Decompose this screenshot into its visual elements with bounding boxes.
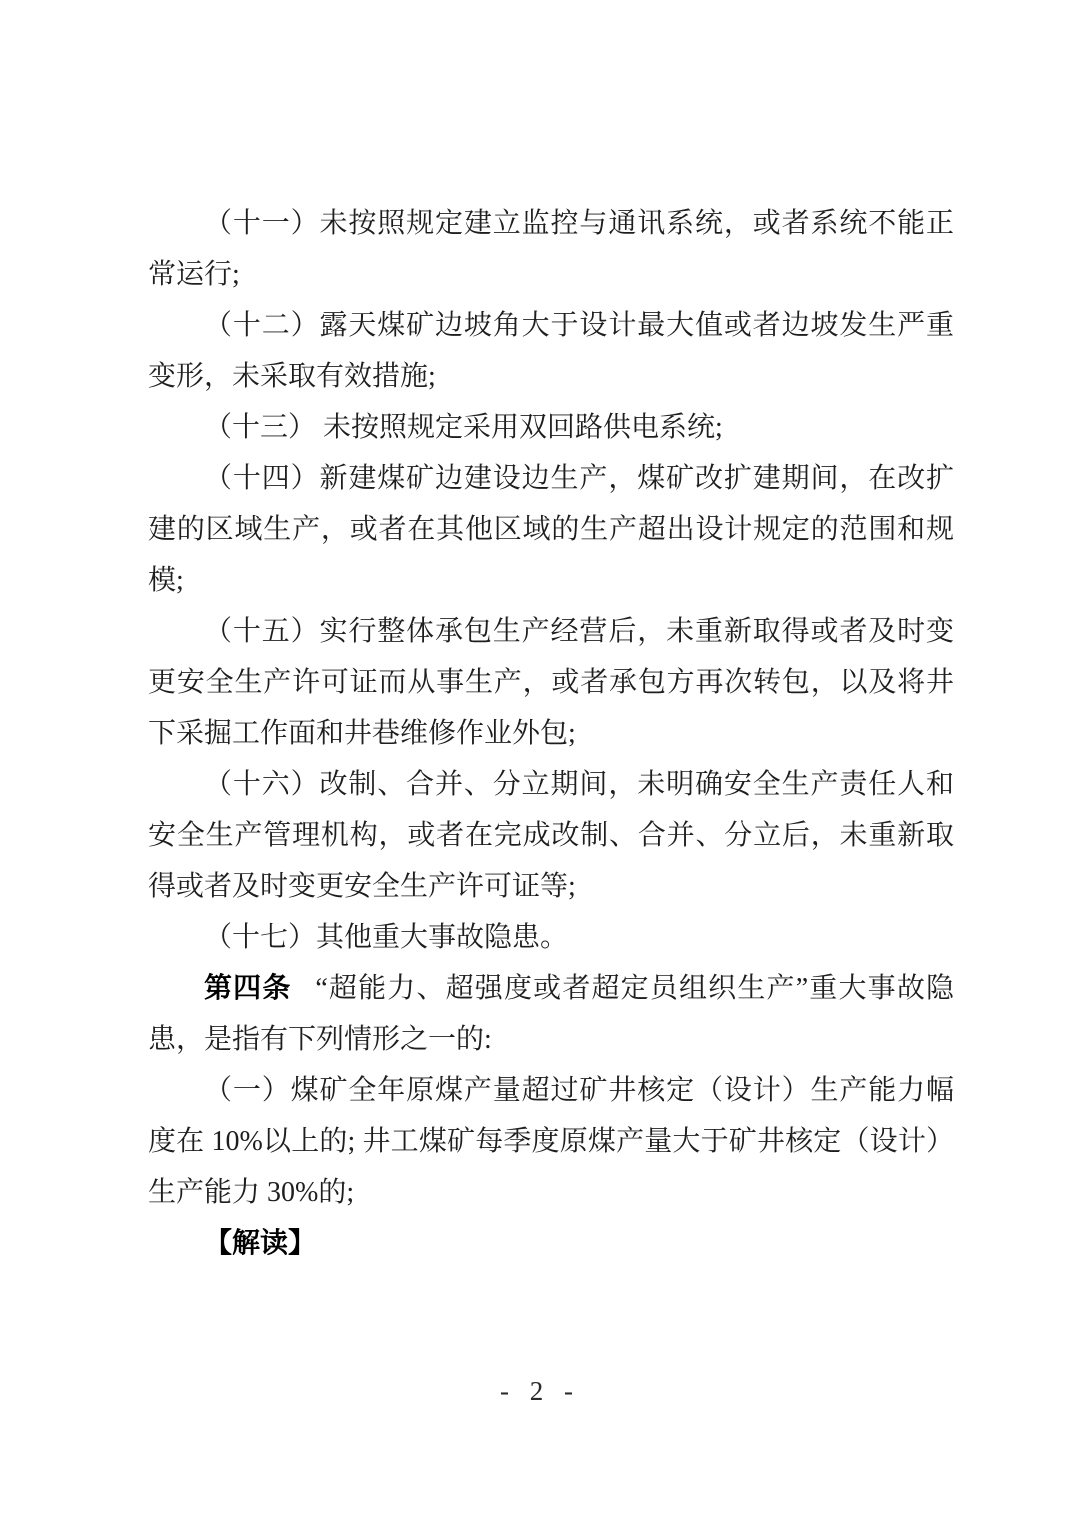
- document-body: （十一）未按照规定建立监控与通讯系统，或者系统不能正常运行;（十二）露天煤矿边坡…: [148, 198, 954, 1269]
- paragraph: （十二）露天煤矿边坡角大于设计最大值或者边坡发生严重变形，未采取有效措施;: [148, 300, 954, 402]
- paragraph: （十七）其他重大事故隐患。: [148, 912, 954, 963]
- paragraph: （十六）改制、合并、分立期间，未明确安全生产责任人和安全生产管理机构，或者在完成…: [148, 759, 954, 912]
- paragraph: 【解读】: [148, 1218, 954, 1269]
- paragraph: （十四）新建煤矿边建设边生产，煤矿改扩建期间，在改扩建的区域生产，或者在其他区域…: [148, 453, 954, 606]
- paragraph-text: （一）煤矿全年原煤产量超过矿井核定（设计）生产能力幅度在 10%以上的; 井工煤…: [148, 1075, 954, 1208]
- article-number: 第四条: [204, 973, 292, 1004]
- paragraph-text: （十一）未按照规定建立监控与通讯系统，或者系统不能正常运行;: [148, 208, 954, 290]
- document-page: （十一）未按照规定建立监控与通讯系统，或者系统不能正常运行;（十二）露天煤矿边坡…: [0, 0, 1080, 1527]
- paragraph: 第四条“超能力、超强度或者超定员组织生产”重大事故隐患，是指有下列情形之一的:: [148, 963, 954, 1065]
- paragraph: （十三） 未按照规定采用双回路供电系统;: [148, 402, 954, 453]
- paragraph-text: （十二）露天煤矿边坡角大于设计最大值或者边坡发生严重变形，未采取有效措施;: [148, 310, 954, 392]
- paragraph-text: （十七）其他重大事故隐患。: [204, 922, 568, 953]
- interpretation-label: 【解读】: [204, 1228, 316, 1259]
- paragraph: （一）煤矿全年原煤产量超过矿井核定（设计）生产能力幅度在 10%以上的; 井工煤…: [148, 1065, 954, 1218]
- paragraph-text: （十六）改制、合并、分立期间，未明确安全生产责任人和安全生产管理机构，或者在完成…: [148, 769, 954, 902]
- paragraph-text: （十三） 未按照规定采用双回路供电系统;: [204, 412, 723, 443]
- paragraph-text: （十五）实行整体承包生产经营后，未重新取得或者及时变更安全生产许可证而从事生产，…: [148, 616, 954, 749]
- paragraph: （十五）实行整体承包生产经营后，未重新取得或者及时变更安全生产许可证而从事生产，…: [148, 606, 954, 759]
- page-number: - 2 -: [0, 1376, 1080, 1407]
- paragraph: （十一）未按照规定建立监控与通讯系统，或者系统不能正常运行;: [148, 198, 954, 300]
- paragraph-text: （十四）新建煤矿边建设边生产，煤矿改扩建期间，在改扩建的区域生产，或者在其他区域…: [148, 463, 954, 596]
